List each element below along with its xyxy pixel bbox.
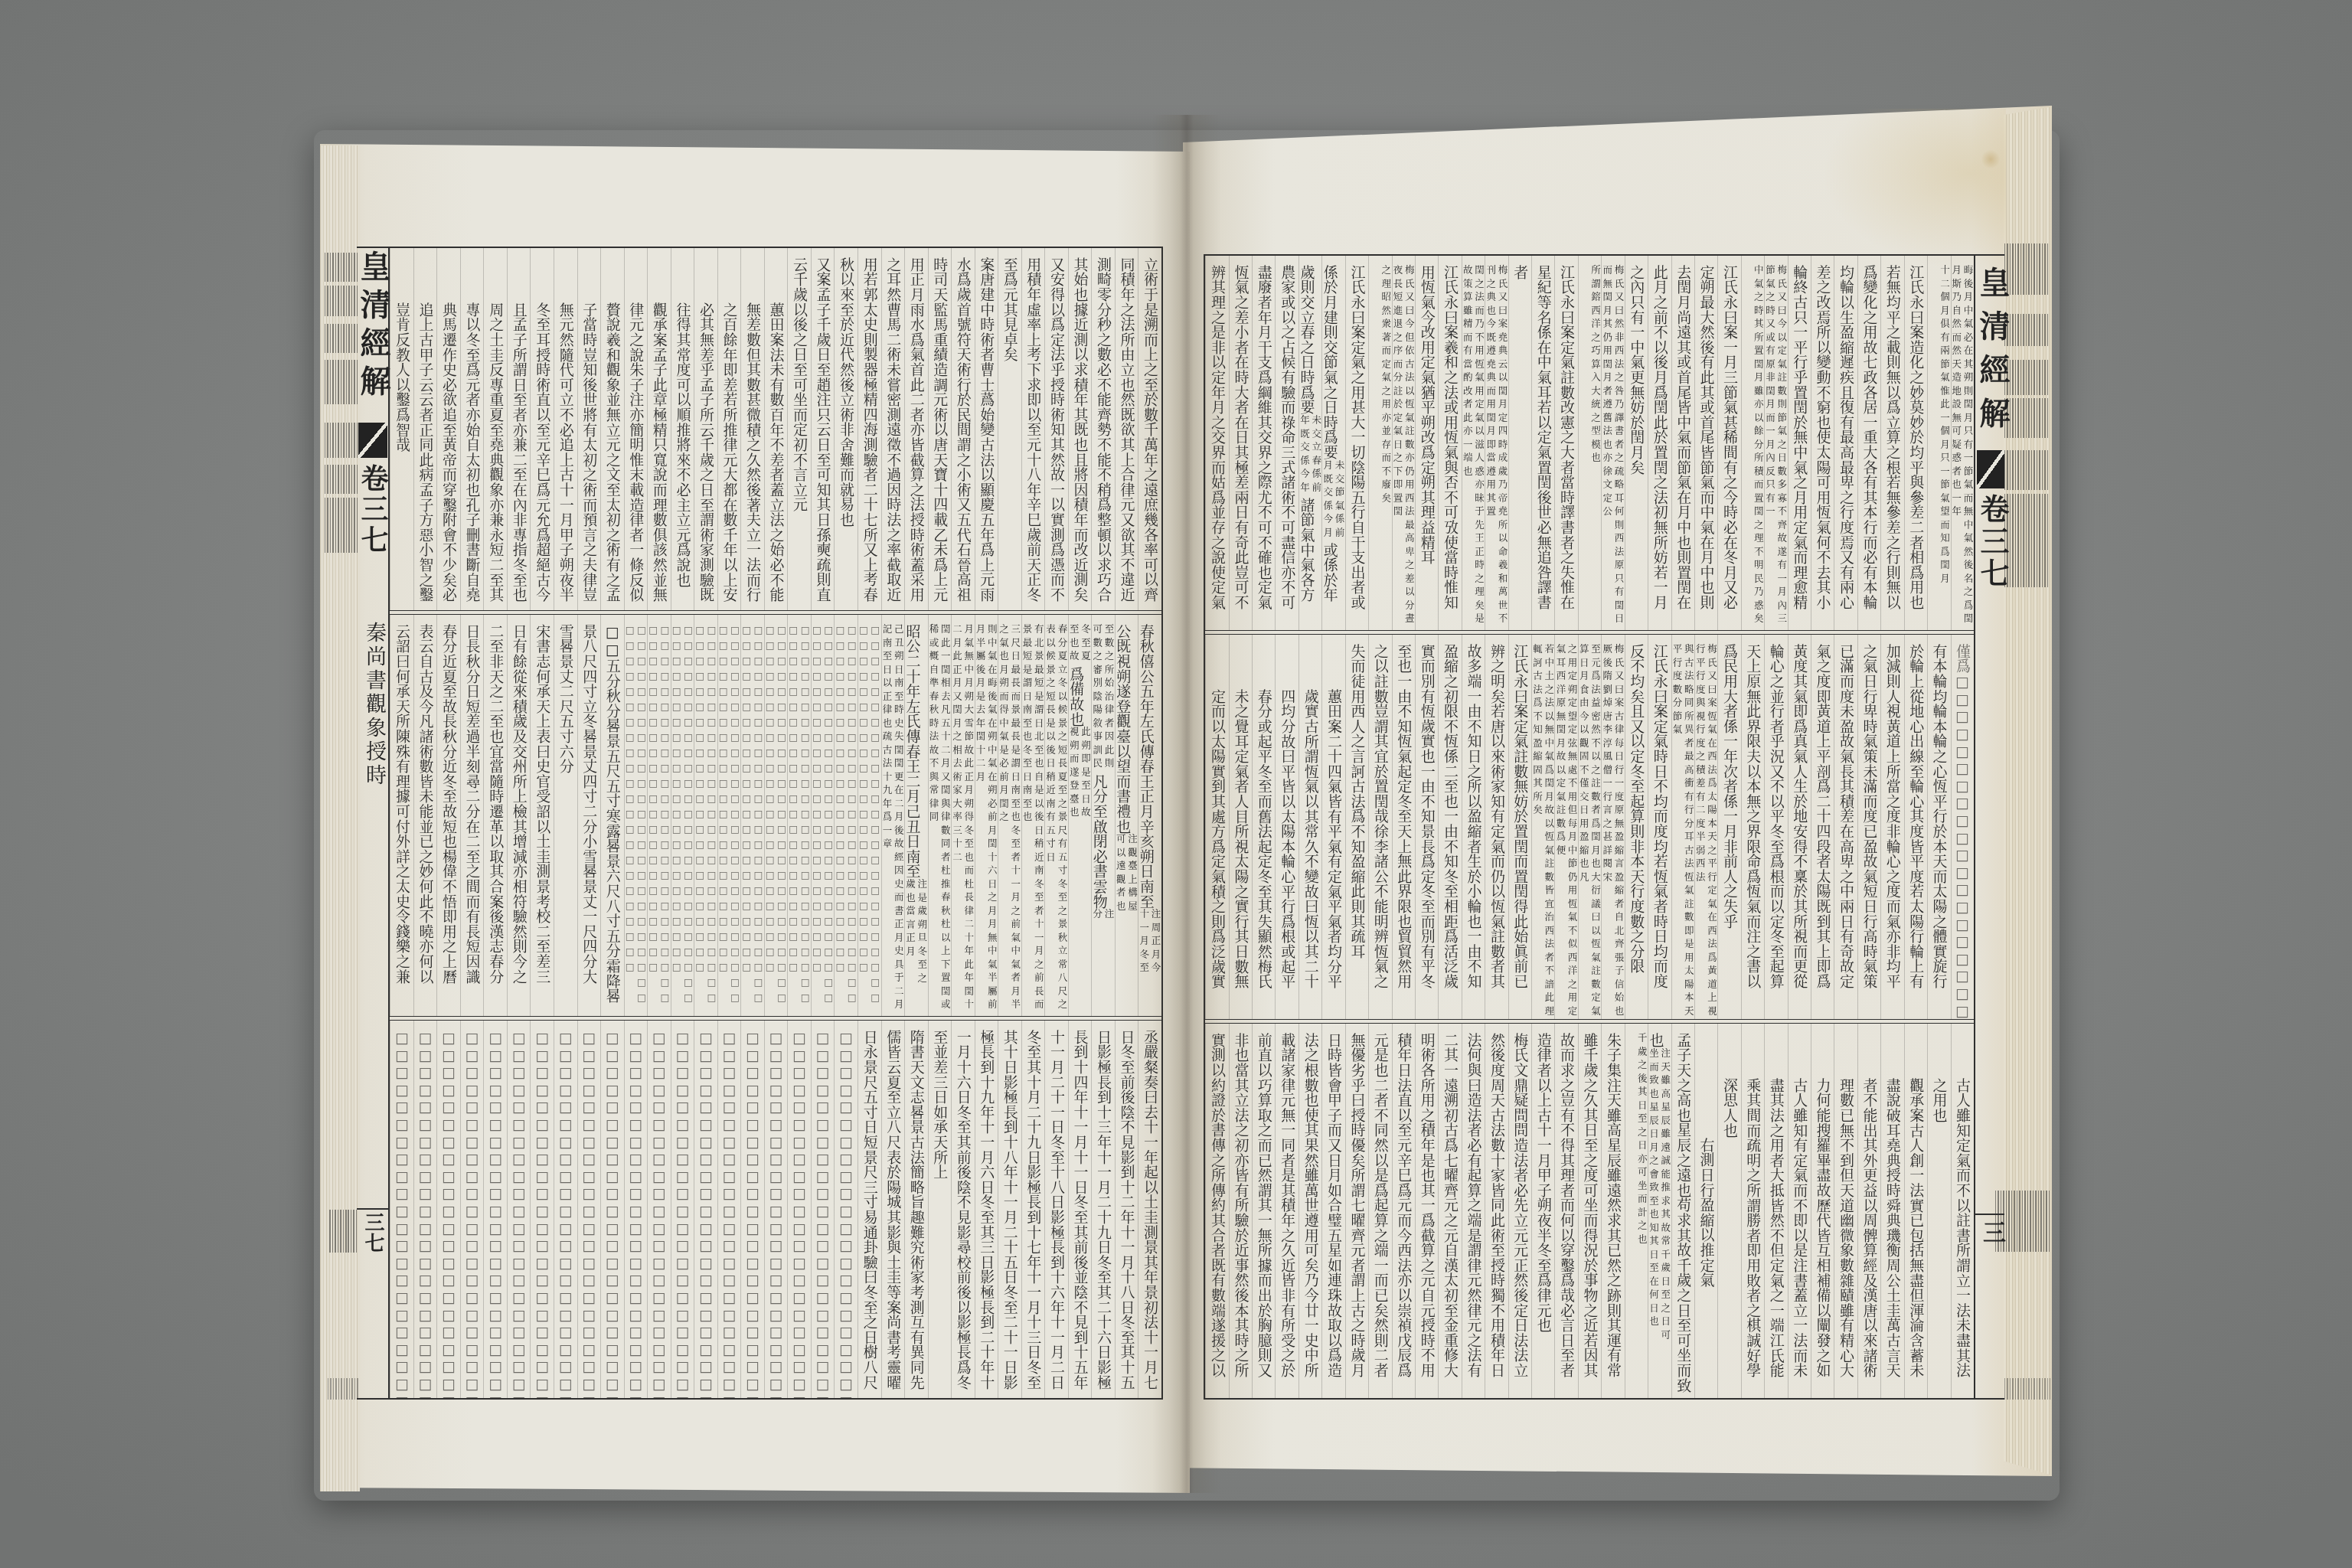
ink-smear (328, 1378, 358, 1400)
text-column: 追上古甲子云云者正同此病孟子方惡小智之鑿 (413, 248, 437, 610)
text-column: 未之覺耳定氣者人目所視太陽之實行其日數無 (1229, 635, 1252, 1019)
text-column: 景八尺四寸立冬晷景丈四寸二分小雪晷景丈一尺四分大 (577, 615, 601, 1016)
text-column: 雪晷景丈二尺五寸六分 (554, 615, 577, 1016)
text-column: 測畸零分秒之數必不能齊勢不能不稍爲整頓以求巧合 (1091, 248, 1115, 610)
text-column: 故而求之豈有不得其理者而何以穿鑿爲哉必言日至者 (1555, 1024, 1578, 1398)
annotation-column: 有北景最短是謂日北至也自是以後日稍近南冬至者十一月之前長而景最短是謂日南至也冬至… (1021, 615, 1045, 1016)
book-gutter-shadow (1152, 115, 1221, 1493)
text-column: 用積年虛率上考下求即以至元十八年辛巳歲前天正冬 (1021, 248, 1045, 610)
text-column-with-annotation: 公既視朔遂登觀臺以望而書禮也注觀臺上構屋可以遠觀者也 (1115, 615, 1138, 1016)
illegible-column: □□□□□□□□□□□□□□□□□□□□□□□□ (554, 1021, 577, 1398)
text-column: 蕙田案法未有數百年不差者蓋立法之始必不能 (764, 248, 788, 610)
top-register: 晦後月中氣必在其朔則閏月只有一節氣而無中氣然後名之爲閏月斯乃自然而然天造地設無可… (1205, 256, 1974, 630)
annotation-column: 梅氏又曰案古律每日行一度原無盈縮言盈縮者自北齊張子信始也厥後隋劉焯唐李淳風僧一行… (1602, 635, 1625, 1019)
text-column: 江氏永曰案定氣註數無妨於置閏而置閏得此始眞前已 (1508, 635, 1531, 1019)
text-column: 力何能搜羅畢盡故歷代皆互相補備以闡發之如 (1811, 1024, 1834, 1398)
text-column: 春分或起平冬至而舊法起定冬至其失顯然梅氏 (1252, 635, 1275, 1019)
margin-rule (357, 1208, 388, 1210)
illegible-column: □□□□□□□□□□□□□□□□□□□□□□□□□□□□□□□□□□□□□□□□… (624, 615, 648, 1016)
annotation-column: 中氣之時其所置閏月雖亦以餘分所積而置閏之理不明民乃惑矣 (1741, 256, 1764, 630)
text-column: 法之根數也使其果然雖萬世遵用可矣乃今廿一史中所 (1298, 1024, 1321, 1398)
illegible-column: □□□□□□□□□□□□□□□□□□□□□□□□□□□□□□□□□□□□□□□□… (764, 615, 788, 1016)
illegible-column: □□□□□□□□□□□□□□□□□□□□□□□□□□□□□□□□□□□□□□□□… (671, 615, 694, 1016)
annotation: 未交立春係前年既交係今年 (1298, 415, 1321, 498)
text-column: 前直以巧算取之而已然謂其一無所據而出於胸臆則又 (1252, 1024, 1275, 1398)
illegible-column: □□□□□□□□□□□□□□□□□□□□□□□□ (624, 1021, 648, 1398)
text-column: 日有餘從來積歲及交州所上檢其增減亦相符驗然則今之 (507, 615, 531, 1016)
text-column: 秋以來至於近代然後立術非舍難而就易也 (835, 248, 858, 610)
main-text: 也 (1648, 1033, 1664, 1048)
text-column: 日影極長到十三年十一月二十九日冬至其二十六日影極 (1091, 1021, 1115, 1398)
main-text: 或係於年 (1322, 543, 1338, 603)
text-column: 載諸家律元無一同者是其積年之久近皆非有所受之於 (1276, 1024, 1298, 1398)
text-column: 一月十六日冬至其前後陰不見影尋校前後以影極長爲冬 (951, 1021, 975, 1398)
annotation-column: 己丑朔日南至時史失閏閏更在二月後故經因史而書正月史具于二月記南至日以正律也疏古法… (881, 615, 905, 1016)
main-text: 凡分至啟閉必書雲物 (1091, 774, 1107, 909)
margin-subtitle: 秦尚書觀象授時 (361, 622, 387, 788)
margin-rule (1974, 254, 2004, 256)
text-column: 二其一遠溯初古爲七曜齊元之元自漢太初至金重修大 (1439, 1024, 1462, 1398)
illegible-column: □□□□□□□□□□□□□□□□□□□□□□□□ (600, 1021, 624, 1398)
annotation-column: 之用定朔定望定弦無處不用但每月中節仍用恆氣不似西洋之用定氣耳西洋原無閏月故以定氣… (1555, 635, 1578, 1019)
paper-spot (1981, 149, 2000, 169)
main-text: 諸節氣中氣各方 (1298, 498, 1315, 603)
ink-smear (325, 498, 358, 553)
main-text: 昭公二十年左氏傳春王二月己丑日南至 (904, 624, 920, 879)
text-column: 爲民用大者係一年次者係一月非前人之失乎 (1718, 635, 1741, 1019)
text-column: 此月之前不以後月爲閏此於置閏之法初無所妨若一月 (1648, 256, 1671, 630)
illegible-column: 僅爲□□□□□□□□□□□□□□□□□□□□□ (1951, 635, 1974, 1019)
illegible-column: □□□□□□□□□□□□□□□□□□□□□□□□□□□□□□□□□□□□□□□□… (717, 615, 741, 1016)
illegible-column: □□□□□□□□□□□□□□□□□□□□□□□□□□□□□□□□□□□□□□□□… (647, 615, 671, 1016)
ink-smear (2004, 314, 2049, 346)
main-text: 歲則交立春之日時爲要 (1298, 265, 1315, 415)
text-column: 且孟子所謂日至者亦兼二至在內非專指冬至也 (507, 248, 531, 610)
text-column-with-annotation: 昭公二十年左氏傳春王二月己丑日南至注是歲朔旦冬至之歲也當言正月 (904, 615, 928, 1016)
annotation: 注天雖高星辰雖遠誠能推求其故常千歲日至之日可坐而致也星辰日月之會致至也知其日至在… (1648, 1048, 1671, 1345)
left-page-text-frame: 立術于是溯而上之至於數千萬年之遠庶幾各率可以齊 同積年之法所由立也然既欲其上合律… (388, 247, 1163, 1400)
margin-rule (1974, 1398, 2004, 1400)
annotation-column: 所謂鎔西洋之巧算入大統之型模也 (1578, 256, 1601, 630)
illegible-column: □□□□□□□□□□□□□□□□□□□□□□□□□□□□□□□□□□□□□□□□… (694, 615, 717, 1016)
text-column: 朱子集注天雖高星辰雖遠然求其已然之跡則其運有常 (1602, 1024, 1625, 1398)
text-column: 梅氏文鼎疑問問造法者必先立元元正然後定日法法立 (1508, 1024, 1531, 1398)
text-column: 用若郭太史則製器極精四海測驗者二十七所又上考春 (857, 248, 881, 610)
text-column: 用正月雨水爲氣首此二者亦皆截算之法授時術蓋采用 (904, 248, 928, 610)
text-column: 無元然隨代可立不必追上古十一月甲子朔夜半 (554, 248, 577, 610)
text-column: 者 (1508, 256, 1531, 630)
text-column: 江氏永曰案一月三節氣甚稀間有之今時必在冬月又必 (1718, 256, 1741, 630)
middle-register: 僅爲□□□□□□□□□□□□□□□□□□□□□ 有本輪均輪本輪之心恆平行於本天而… (1205, 635, 1974, 1019)
text-column: 觀承案古人創一法實已包括無盡但渾淪含蓄未 (1904, 1024, 1927, 1398)
text-column: 豈肯反教人以鑿爲智哉 (390, 248, 413, 610)
text-column: 造律者以上古十一月甲子朔夜半冬至爲律元也 (1531, 1024, 1554, 1398)
annotation-column: 之理昭然衆著而定氣之用亦並存而不廢矣 (1368, 256, 1391, 630)
text-column: 極長到十九年十一月六日冬至其三日影極長到二十年十 (975, 1021, 998, 1398)
text-column: 輪心之並行者乎況又不以平冬至爲根而以定冬至起算 (1764, 635, 1787, 1019)
illegible-column: □□□□□□□□□□□□□□□□□□□□□□□□ (460, 1021, 484, 1398)
text-column-with-annotation: 也注天雖高星辰雖遠誠能推求其故常千歲日至之日可坐而致也星辰日月之會致至也知其日至… (1648, 1024, 1671, 1398)
text-column: 雖千歲之久其日至之度可坐而得況於事物之近若因其 (1578, 1024, 1601, 1398)
annotation-column: 與古法略同所異者最高衝有行分耳古法恆氣註數即是用太陽本天平行度數分節氣 (1671, 635, 1694, 1019)
text-column: 江氏永曰案定氣之用甚大一切陰陽五行自干支出者或 (1345, 256, 1368, 630)
ink-smear (2004, 494, 2049, 587)
text-column: 天上原無此界限夫以本無之界限命爲恆氣而注之書以 (1741, 635, 1764, 1019)
text-column: 日長秋分日短差過半刻尋二分在二至之間而有長短因識 (460, 615, 484, 1016)
text-column: 贅說羲和觀象並無立元之文至太初之術有之孟 (600, 248, 624, 610)
ink-smear (2004, 450, 2049, 490)
text-column: 至爲元其見卓矣 (998, 248, 1021, 610)
text-column: 之以註數豈謂其宜於置閏哉徐李諸公不能明辨恆氣之 (1368, 635, 1391, 1019)
top-register: 立術于是溯而上之至於數千萬年之遠庶幾各率可以齊 同積年之法所由立也然既欲其上合律… (390, 248, 1161, 610)
illegible-column: □□□□□□□□□□□□□□□□□□□□□□□□ (437, 1021, 461, 1398)
text-column: 無差數但其數甚微積之久然後著夫立一法而行 (740, 248, 764, 610)
middle-register: 春秋僖公五年左氏傳春王正月辛亥朔日南至注周正月今十一月冬至 公既視朔遂登觀臺以望… (390, 615, 1161, 1016)
illegible-column: □□□□□□□□□□□□□□□□□□□□□□□□ (484, 1021, 508, 1398)
margin-rule (357, 1398, 389, 1400)
ink-smear (2004, 1378, 2050, 1400)
fish-tail-mark-icon (358, 423, 387, 458)
text-column: 均輪以生盈縮遲疾且復有最高最卑之行度焉又有兩心 (1834, 256, 1857, 630)
text-column: 水爲歲首號符天術行於民間謂之小術又五代石晉高祖 (951, 248, 975, 610)
illegible-column: □□□□□□□□□□□□□□□□□□□□□□□□ (531, 1021, 554, 1398)
text-column: □□五分秋分晷景五尺五寸寒露晷景六尺八寸五分霜降晷 (600, 615, 624, 1016)
main-text: 係於月建則交節氣之日時爲要 (1322, 265, 1338, 460)
text-column: 長到十四年十一月十一日冬至其前後並陰不見到十五年 (1068, 1021, 1092, 1398)
ink-smear (2004, 243, 2049, 295)
ink-smear (2004, 398, 2049, 438)
text-column: 儒皆云夏至立八尺表於陽城其影與土圭等案尚書考靈曜 (881, 1021, 905, 1398)
text-column: 又案孟子千歲日至趙注只云日至可知其日孫奭疏則直 (811, 248, 835, 610)
bottom-register: 丞嚴粲奏曰去十一年起以土圭測景其年景初法十一月七 日冬至前後陰不見影到十二年十一… (390, 1021, 1161, 1398)
ink-smear (2004, 360, 2049, 395)
ink-smear (325, 286, 358, 316)
text-column-with-annotation: 至數之所始治律者因此則可數之審別陰陽敘事訓民凡分至啟閉必書雲物注分 (1091, 615, 1115, 1016)
text-column: 律元之說朱子注亦簡明惟末載造律者一條反似 (624, 248, 648, 610)
illegible-column: □□□□□□□□□□□□□□□□□□□□□□□□ (413, 1021, 437, 1398)
illegible-column: □□□□□□□□□□□□□□□□□□□□□□□□ (740, 1021, 764, 1398)
text-column: 十一月二十一日冬至十八日影極長到十六年十一月二日 (1044, 1021, 1068, 1398)
annotation-column: 則中氣在晦後氣在朔中氣在朔必前月閏十六日之月月無中氣半屬前月半屬後月是去年閏十二… (975, 615, 998, 1016)
annotation-column: 晦後月中氣必在其朔則閏月只有一節氣而無中氣然後名之爲閏月斯乃自然而然天造地設無可… (1951, 256, 1974, 630)
text-column: 差之改焉所以變動不窮也使太陽可用恆氣何不去其小 (1811, 256, 1834, 630)
text-column: 深思人也 (1718, 1024, 1741, 1398)
text-column: 蕙田案二十四氣皆有平氣有定氣平氣者均分平 (1322, 635, 1345, 1019)
annotation: 未交節氣係前月既交係今月 (1322, 460, 1345, 543)
text-column: 辨之明矣若唐以來術家知有定氣而仍以恆氣註數者其 (1485, 635, 1508, 1019)
text-column: 用恆氣今改用定氣猶平朔改爲定朔其理益精耳 (1415, 256, 1438, 630)
text-column: 歲實古所謂恆氣以其常久不變故曰恆以其二十 (1298, 635, 1321, 1019)
text-column: 宋書志何承天上表曰史官受詔以土圭測景考校二至差三 (531, 615, 554, 1016)
text-column: 子當時豈知後世將有太初之術而預言之夫律豈 (577, 248, 601, 610)
text-column-with-annotation: 冬至夏至也故爲備故也此朔即是至日故視朔而遂登臺也 (1068, 615, 1092, 1016)
text-column-with-annotation: 歲則交立春之日時爲要未交立春係前年既交係今年諸節氣中氣各方 (1298, 256, 1321, 630)
illegible-column: □□□□□□□□□□□□□□□□□□□□□□□□ (764, 1021, 788, 1398)
annotation: 至數之所始治律者因此則可數之審別陰陽敘事訓民 (1091, 624, 1115, 774)
annotation-column: 若中土之法以無中氣爲閏月故以恆氣註數皆宜治西法者不諳此理輒訶古法爲不知盈縮固其所… (1531, 635, 1554, 1019)
page-number: 三 (1978, 1220, 2005, 1243)
text-column: 之百餘年即差若所推律元大都在數千年以上安 (717, 248, 741, 610)
text-column: 隋書天文志晷景古法簡略旨趣難究術家考測互有異同先 (904, 1021, 928, 1398)
text-column: 冬至其十月二十九日影極長到十七年十一月十三日冬至 (1021, 1021, 1045, 1398)
text-column: 元是也二者不同然以是爲起算之端一而已矣然則二者 (1368, 1024, 1391, 1398)
text-column: 日冬至前後陰不見影到十二年十一月十八日冬至其十五 (1115, 1021, 1138, 1398)
text-column: 日時皆會甲子而又日月如合璧五星如連珠故取以爲造 (1322, 1024, 1345, 1398)
text-column: 農家或以之占候有驗而祿命三式諸術不可盡信亦不可 (1276, 256, 1298, 630)
annotation: 注分 (1091, 909, 1115, 925)
text-column: 古人雖知定氣而不以註書所謂立一法未盡其法 (1951, 1024, 1974, 1398)
text-column: 乘其間而疏明之所謂勝者即用敗者之棋誠好學 (1741, 1024, 1764, 1398)
annotation: 注是歲朔旦冬至之歲也當言正月 (904, 879, 928, 988)
illegible-column: □□□□□□□□□□□□□□□□□□□□□□□□ (647, 1021, 671, 1398)
text-column: 之內只有一中氣更無妨於閏月矣 (1625, 256, 1648, 630)
annotation-column: 千歲之後其日至之日亦可坐而計之也 (1625, 1024, 1648, 1398)
text-column: 周之土圭反專重夏至堯典觀象亦兼永短二至其 (484, 248, 508, 610)
margin-title: 皇清經解 (357, 250, 389, 403)
text-column: 實而別有恆歲實也一由不知景長爲定冬至而別有平冬 (1415, 635, 1438, 1019)
illegible-column: □□□□□□□□□□□□□□□□□□□□□□□□□□□□□□□□□□□□□□□□… (788, 615, 812, 1016)
ink-smear (329, 1210, 358, 1253)
text-column: 有本輪均輪本輪之心恆平行於本天而太陽之體實旋行 (1927, 635, 1950, 1019)
text-column: 至也一由不知恆氣起定冬至天上無此界限也貿貿然用 (1392, 635, 1415, 1019)
ink-smear (325, 423, 358, 458)
text-column: 無優劣乎曰授時優矣所謂七曜齊元者謂上古之時歲月 (1345, 1024, 1368, 1398)
margin-title: 皇清經解 (1977, 266, 2007, 441)
text-column: 盡說破耳堯典授時舜典璣衡周公土圭萬古言天 (1880, 1024, 1903, 1398)
right-page-stack-edge (2004, 107, 2050, 1475)
annotation: 注觀臺上構屋可以遠觀者也 (1115, 834, 1138, 916)
text-column: 加減則人視黃道上所當之度非輪心之度而氣亦非均平 (1880, 635, 1903, 1019)
right-page-text-frame: 晦後月中氣必在其朔則閏月只有一節氣而無中氣然後名之爲閏月斯乃自然而然天造地設無可… (1204, 254, 1975, 1400)
text-column: 輪終古只一平行乎置閏於無中氣之月用定氣而理愈精 (1788, 256, 1811, 630)
text-column: 其十日影極長到十八年十一月二十五日冬至二十一日影 (998, 1021, 1021, 1398)
text-column: 其始也據近測以求積年其既也且將因積年而改近測矣 (1068, 248, 1092, 610)
main-text: 爲備故也 (1068, 667, 1084, 727)
illegible-column: □□□□□□□□□□□□□□□□□□□□□□□□ (811, 1021, 835, 1398)
text-column: 若無均平之載則無以爲立算之根若無參差之行則無以 (1880, 256, 1903, 630)
text-column: 星紀等名係在中氣耳若以定氣置閏後世必無追咎譯書 (1531, 256, 1554, 630)
text-column: 孟子天之高也星辰之遠也苟求其故千歲之日至可坐而致 (1671, 1024, 1694, 1398)
text-column: 明術各所用之積年是也其一爲截算之元自元授時不用 (1415, 1024, 1438, 1398)
annotation-column: 月氣無中月朔大雪節故此正月朔得冬至也而杜長律二十年此年閏十二月此正月又閏月之相去… (951, 615, 975, 1016)
text-column: 者不能出其外更益以周髀算經及漢唐以來諸術 (1857, 1024, 1880, 1398)
annotation-column: 閏此一閏相去凡五十二月又閏與律數同者杜推春秋杜以上下置閏或稀或概自準春秋時法故不… (928, 615, 952, 1016)
text-column: 云千歲以後之日至可坐而定初不言立元 (788, 248, 812, 610)
text-column: 盈縮之初限不恆係二至也一由不知冬至相距爲活泛歲 (1439, 635, 1462, 1019)
illegible-column: □□□□□□□□□□□□□□□□□□□□□□□□ (671, 1021, 694, 1398)
margin-rule (1975, 1214, 2004, 1215)
text-column: 法何與曰造法者必有起算之端是謂律元然律元之法有 (1462, 1024, 1485, 1398)
text-column: 已滿而度未盈故氣長其積差在高卑之中兩日有奇故定 (1834, 635, 1857, 1019)
text-column: 至並差三日如承天所上 (928, 1021, 952, 1398)
text-column: 表云自古及今凡諸術數皆未能並已之妙何此不曉亦何以 (413, 615, 437, 1016)
annotation-column: 春分夏立冬以候景之短長夏至之景尺有五寸冬至之景秋立常八尺之表以候景之短長是以後日… (1044, 615, 1068, 1016)
text-column: 定朔最大然後有此其或首尾皆節氣而中氣在月中也則 (1694, 256, 1717, 630)
text-column: 專以冬至爲元者亦始自太初也孔子刪書斷自堯 (460, 248, 484, 610)
text-column: 去閏月尚遠其或首尾皆中氣而節氣在月中也則置閏在 (1671, 256, 1694, 630)
margin-volume: 卷三七 (1977, 494, 2007, 590)
text-column: 四均分故曰平皆以太陽本輪心平行爲根或起平 (1276, 635, 1298, 1019)
illegible-column: □□□□□□□□□□□□□□□□□□□□□□□□□□□□□□□□□□□□□□□□… (857, 615, 881, 1016)
text-column: 故多端一由不知日之所以盈縮者生於小輪也一由不知 (1462, 635, 1485, 1019)
text-column: 必其無差乎孟子所云千歲之日至謂術家測驗既 (694, 248, 717, 610)
text-column: 春分近夏至故長秋分近冬至故短也楊偉不悟即用之上曆 (437, 615, 461, 1016)
text-column: 古人雖知有定氣而不即以是注書蓋立一法而未 (1788, 1024, 1811, 1398)
annotation: 此朔即是至日故視朔而遂登臺也 (1068, 727, 1092, 823)
text-column: 同積年之法所由立也然既欲其上合律元又欲其不違近 (1115, 248, 1138, 610)
margin-rule (357, 247, 389, 248)
annotation-column: 梅氏又曰案恆氣在西法爲太陽本天之平行定氣在西法爲黃道上視行平行度與視行度之積差有… (1694, 635, 1717, 1019)
annotation-column: 梅氏又曰今但依古法以恆氣註數亦仍用西法最高卑之差以分晝夜長短進退之序而分註於定氣… (1392, 256, 1415, 630)
ink-smear (325, 324, 358, 353)
text-column: 又安得以爲定法乎授時術知其然故一以實測爲憑而不 (1044, 248, 1068, 610)
illegible-column: □□□□□□□□□□□□□□□□□□□□□□□□ (694, 1021, 717, 1398)
illegible-column: □□□□□□□□□□□□□□□□□□□□□□□□□□□□□□□□□□□□□□□□… (811, 615, 835, 1016)
annotation-column: 十二個月俱有兩節氣惟此一個月只一節氣望而知爲閏月 (1927, 256, 1950, 630)
ink-smear (325, 360, 358, 404)
text-column: 江氏永曰案定氣註數改憲之大者當時譯書者之失惟在 (1555, 256, 1578, 630)
margin-volume: 卷三七 (357, 464, 389, 556)
ink-smear (325, 465, 358, 494)
illegible-column: □□□□□□□□□□□□□□□□□□□□□□□□ (717, 1021, 741, 1398)
text-column: 冬至耳授時術直以至元辛巳爲元允爲超絕古今 (531, 248, 554, 610)
annotation-column: 梅氏又曰今以定氣註數則節氣之日數多寡不齊故遂有一月內三節氣之時又或有原非閏月而一… (1764, 256, 1787, 630)
text-column-with-annotation: 係於月建則交節氣之日時爲要未交節氣係前月既交係今月或係於年 (1322, 256, 1345, 630)
ink-smear (325, 253, 358, 282)
text-column: 云詔曰何承天所陳殊有理據可付外詳之太史令錢樂之兼 (390, 615, 413, 1016)
bottom-register: 古人雖知定氣而不以註書所謂立一法未盡其法 之用也 觀承案古人創一法實已包括無盡但… (1205, 1024, 1974, 1398)
text-column: 江氏永曰案羲和之法或用恆氣與否不可攷使當時惟知 (1439, 256, 1462, 630)
text-column: 觀承案孟子此章極精只寬說而理數俱該然並無 (647, 248, 671, 610)
text-column: 恆氣之差小者在時大者在日其極差兩日有奇此豈可不 (1229, 256, 1252, 630)
main-text: 公既視朔遂登觀臺以望而書禮也 (1115, 624, 1131, 834)
text-column: 盡廢者年月干支爲綱維其交界之際尤不可不確也定氣 (1252, 256, 1275, 630)
page-number: 三七 (359, 1212, 387, 1253)
text-column: 理數已無不到但天道幽微象數雜賾雖有精心大 (1834, 1024, 1857, 1398)
annotation-column: 梅氏又曰案堯典云以閏月定四時成歲乃帝堯所以命羲和萬世不刊之典也今既遵堯典而用閏月… (1485, 256, 1508, 630)
illegible-column: □□□□□□□□□□□□□□□□□□□□□□□□ (835, 1021, 858, 1398)
text-column: 爲變化之用故七政各居一重大各有其本行而必有本輪 (1857, 256, 1880, 630)
text-column: 反不均矣且又以定冬至起算則非本天行度數之分限 (1625, 635, 1648, 1019)
annotation: 冬至夏至也故 (1068, 624, 1092, 667)
text-column: 江氏永曰案定氣時日不均而度均若恆氣者時日均而度 (1648, 635, 1671, 1019)
annotation-column: 三尺日最長而景最長是謂日南至也冬至者十一月之前氣中氣者月半之氣也月朔而得中氣是必… (998, 615, 1021, 1016)
illegible-column: □□□□□□□□□□□□□□□□□□□□□□□□ (577, 1021, 601, 1398)
fish-tail-mark-icon (1977, 450, 2004, 488)
text-column: 非也當其立法之初亦皆有所驗於近事然後本其時之所 (1229, 1024, 1252, 1398)
text-column: 日永景尺五寸日短景尺三寸易通卦驗曰冬至之日樹八尺 (857, 1021, 881, 1398)
text-column: 典馬遷作史必欲追至黃帝而穿鑿附會不少矣必 (437, 248, 461, 610)
text-column: 往得其常度可以順推將來不必主立元爲說也 (671, 248, 694, 610)
text-column: 於輪上從地心出線至輪心其度皆平度若太陽行輪上有 (1904, 635, 1927, 1019)
illegible-column: □□□□□□□□□□□□□□□□□□□□□□□□ (390, 1021, 413, 1398)
illegible-column: □□□□□□□□□□□□□□□□□□□□□□□□ (788, 1021, 812, 1398)
text-column: 之氣日行卑時氣策未滿而度已盈故氣短日行高時氣策 (1857, 635, 1880, 1019)
illegible-column: □□□□□□□□□□□□□□□□□□□□□□□□□□□□□□□□□□□□□□□□… (835, 615, 858, 1016)
annotation-column: 閏之法而乃不用恆氣用定氣以滋人惑亦昧于先王正時之理矣是故策算雖精而有當酌改者此亦… (1462, 256, 1485, 630)
text-column: 然後度周天古法數十家皆同此術至授時獨不用積年日 (1485, 1024, 1508, 1398)
text-column: 之耳然曹馬二術未嘗密測遠徵不過因時法之率截取近 (881, 248, 905, 610)
annotation-column: 梅氏又曰然非西法之咎乃譯書者之疏略耳何則西法原只有閏日而無閏月其仍用閏月者遵舊法… (1602, 256, 1625, 630)
text-column: 盡其法之用者大抵皆然不但定氣之一端江氏能 (1764, 1024, 1787, 1398)
text-column: 之用也 (1927, 1024, 1950, 1398)
text-column: 失而徒用西人之言訶古法爲不知盈縮此則其疏耳 (1345, 635, 1368, 1019)
text-column: 江氏永曰案造化之妙莫妙於均平與參差二者相爲用也 (1904, 256, 1927, 630)
text-column: 案唐建中時術者曹士蔿始變古法以顯慶五年爲上元雨 (975, 248, 998, 610)
section-heading-column: 右測日行盈縮以推定氣 (1694, 1024, 1717, 1398)
text-column: 積年日法直以至元辛巳爲元而今西法亦以崇禎戊辰爲 (1392, 1024, 1415, 1398)
text-column: 黃度其氣即爲真氣人生於地安得不稟於其所視而更從 (1788, 635, 1811, 1019)
illegible-column: □□□□□□□□□□□□□□□□□□□□□□□□□□□□□□□□□□□□□□□□… (740, 615, 764, 1016)
text-column: 氣之度即黃道上平剖爲二十四段者太陽既到其上即爲 (1811, 635, 1834, 1019)
text-column: 二至非天之二至也宜當隨時遷革以取其合案後漢志春分 (484, 615, 508, 1016)
text-column: 時司天監馬重績造調元術以唐天寶十四載乙未爲上元 (928, 248, 952, 610)
annotation-column: 至元爲法益密然不以之註數者爲閏月也大衍議曰以恆氣註數定氣算日月食由今以觀固不僅交… (1578, 635, 1601, 1019)
illegible-column: □□□□□□□□□□□□□□□□□□□□□□□□ (507, 1021, 531, 1398)
paper-stain (1822, 109, 2006, 269)
